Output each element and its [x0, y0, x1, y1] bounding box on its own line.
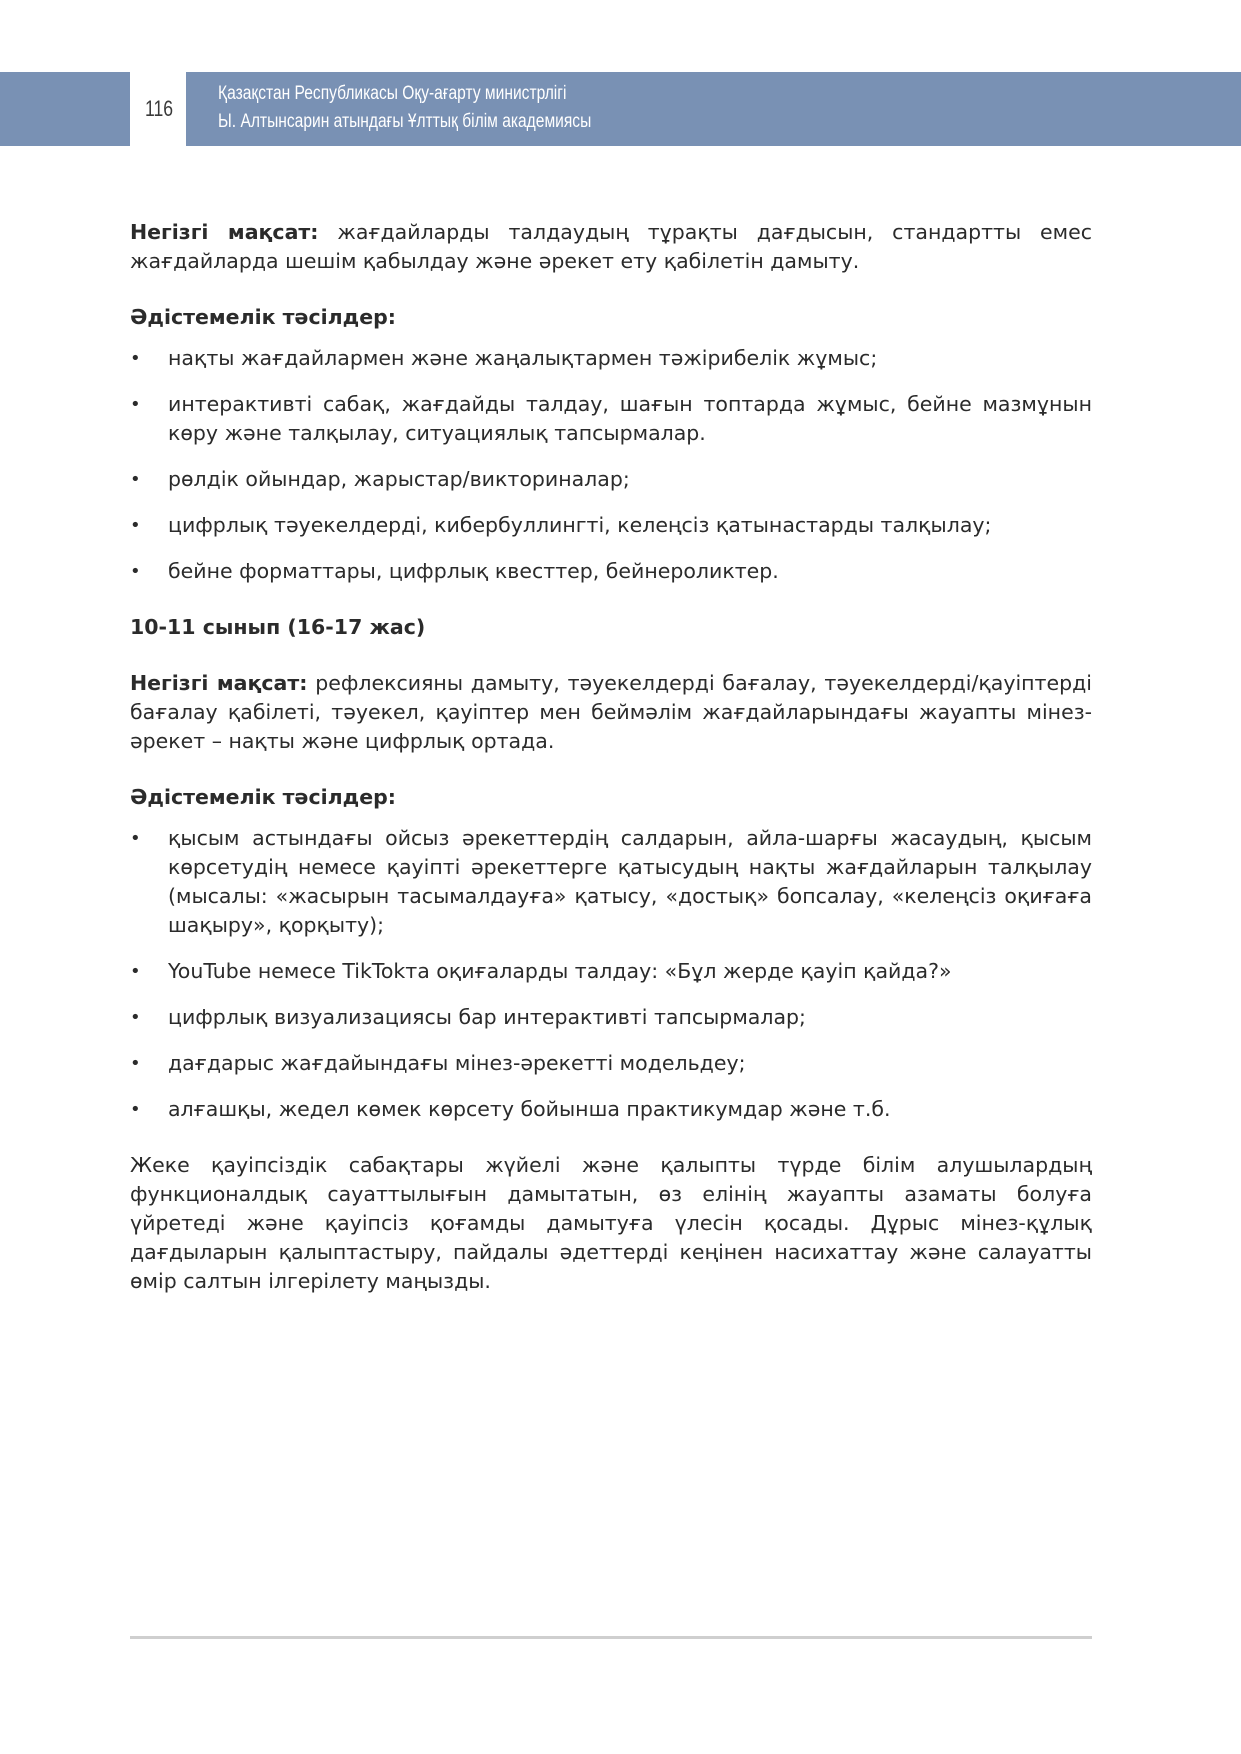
bullet-icon: • [130, 1049, 141, 1078]
list-item: •алғашқы, жедел көмек көрсету бойынша пр… [130, 1095, 1092, 1124]
header-band-left [0, 72, 130, 146]
list-item: •интерактивті сабақ, жағдайды талдау, ша… [130, 390, 1092, 448]
methods-heading-1: Әдістемелік тәсілдер: [130, 303, 1092, 332]
list-item: •бейне форматтары, цифрлық квесттер, бей… [130, 557, 1092, 586]
list-item: •цифрлық визуализациясы бар интерактивті… [130, 1003, 1092, 1032]
goal-label: Негізгі мақсат: [130, 671, 307, 695]
bullet-icon: • [130, 465, 141, 494]
grade-heading: 10-11 сынып (16-17 жас) [130, 613, 1092, 642]
methods-heading-2: Әдістемелік тәсілдер: [130, 783, 1092, 812]
bullet-icon: • [130, 511, 141, 540]
bullet-icon: • [130, 824, 141, 853]
footer-divider [130, 1636, 1092, 1639]
header-academy: Ы. Алтынсарин атындағы Ұлттық білім акад… [218, 108, 591, 136]
bullet-icon: • [130, 1003, 141, 1032]
bullet-icon: • [130, 390, 141, 419]
list-item: •YouTube немесе TikTokта оқиғаларды талд… [130, 957, 1092, 986]
goal-paragraph-1: Негізгі мақсат: жағдайларды талдаудың тұ… [130, 218, 1092, 276]
list-item: •дағдарыс жағдайындағы мінез-әрекетті мо… [130, 1049, 1092, 1078]
methods-list-1: •нақты жағдайлармен және жаңалықтармен т… [130, 344, 1092, 586]
bullet-icon: • [130, 1095, 141, 1124]
list-item: •қысым астындағы ойсыз әрекеттердің салд… [130, 824, 1092, 940]
bullet-icon: • [130, 957, 141, 986]
header-ministry: Қазақстан Республикасы Оқу-ағарту минист… [218, 80, 591, 108]
list-item: •цифрлық тәуекелдерді, кибербуллингті, к… [130, 511, 1092, 540]
page-number: 116 [137, 72, 180, 146]
goal-label: Негізгі мақсат: [130, 220, 319, 244]
bullet-icon: • [130, 344, 141, 373]
list-item: •нақты жағдайлармен және жаңалықтармен т… [130, 344, 1092, 373]
methods-list-2: •қысым астындағы ойсыз әрекеттердің салд… [130, 824, 1092, 1124]
running-header: Қазақстан Республикасы Оқу-ағарту минист… [218, 80, 591, 136]
goal-paragraph-2: Негізгі мақсат: рефлексияны дамыту, тәуе… [130, 669, 1092, 756]
page-body: Негізгі мақсат: жағдайларды талдаудың тұ… [130, 218, 1092, 1296]
list-item: •рөлдік ойындар, жарыстар/викториналар; [130, 465, 1092, 494]
bullet-icon: • [130, 557, 141, 586]
closing-paragraph: Жеке қауіпсіздік сабақтары жүйелі және қ… [130, 1151, 1092, 1296]
